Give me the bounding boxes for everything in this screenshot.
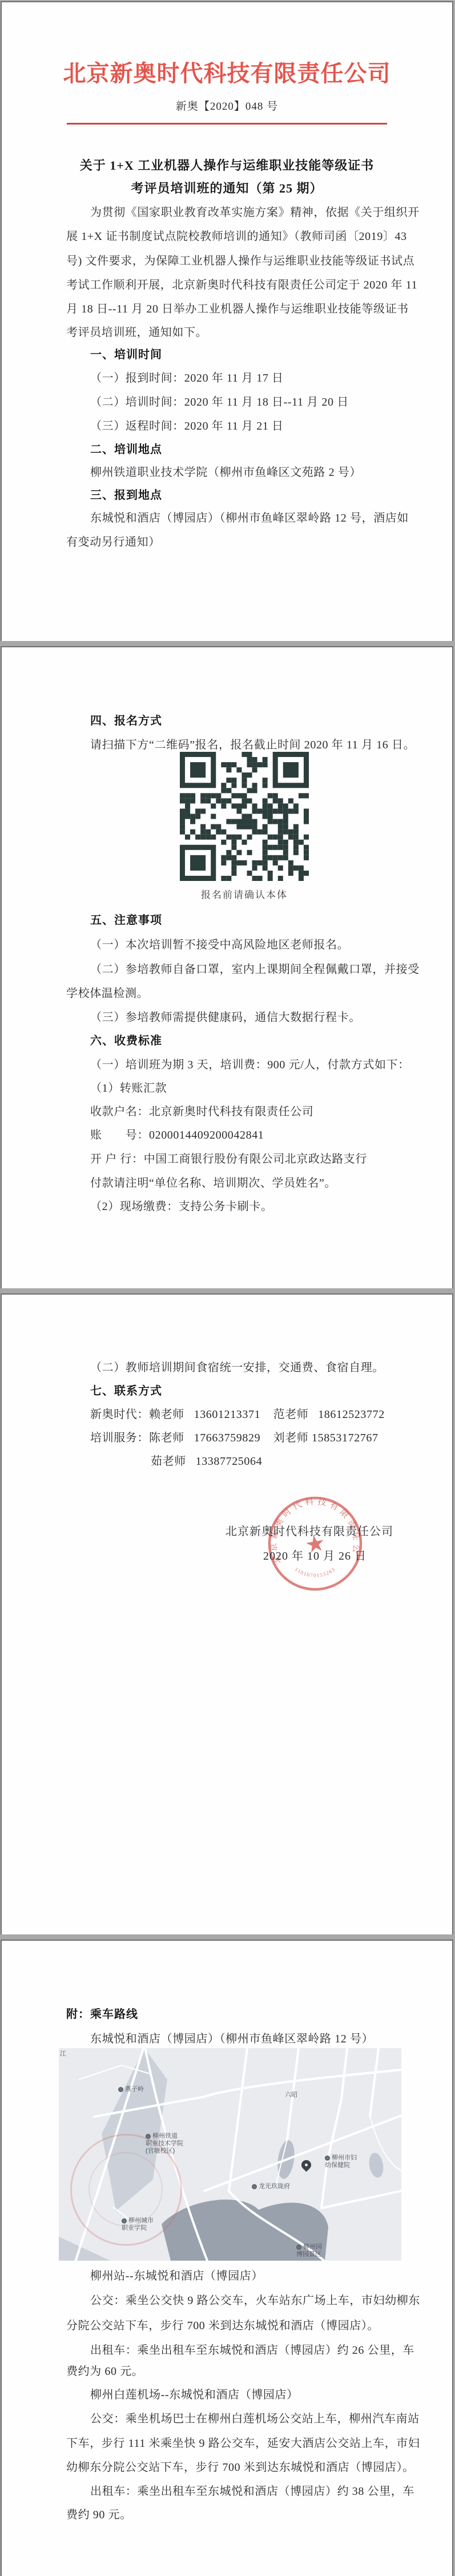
text-line: 费约 90 元。 (66, 2506, 132, 2523)
text-line: 出租车：乘坐出租车至东城悦和酒店（博园店）约 38 公里，车 (66, 2483, 414, 2500)
text-line: 考试工作顺利开展，北京新奥时代科技有限责任公司定于 2020 年 11 (66, 277, 417, 294)
map-label: 六昭 (285, 2092, 297, 2099)
notice-title-line1: 关于 1+X 工业机器人操作与运维职业技能等级证书 (2, 157, 452, 175)
text-line: 付款请注明“单位名称、培训期次、学员姓名”。 (66, 1175, 336, 1192)
route-map: 江燕子岭六昭柳州铁道 职业技术学院 (官塘校区)柳州市妇 幼保健院龙光玖珑府柳州… (59, 2048, 401, 2261)
map-label-text: 柳州铁道 职业技术学院 (官塘校区) (146, 2133, 183, 2154)
map-pin-icon (252, 2184, 257, 2189)
text-line: （三）参培教师需提供健康码，通信大数据行程卡。 (66, 1009, 361, 1026)
map-pin-icon (118, 2087, 123, 2092)
page-2: 报名前请确认本体 四、报名方式请扫描下方“二维码”报名，报名截止时间 2020 … (1, 646, 453, 1291)
map-pin-icon (146, 2134, 151, 2139)
map-label: 燕子岭 (118, 2086, 144, 2093)
map-label: 柳州市妇 幼保健院 (325, 2154, 357, 2169)
text-line: 月 18 日--11 月 20 日举办工业机器人操作与运维职业技能等级证书 (66, 301, 409, 318)
text-line: （一）培训班为期 3 天，培训费：900 元/人，付款方式如下： (66, 1056, 410, 1073)
signature-company: 北京新奥时代科技有限责任公司 (226, 1522, 393, 1539)
text-line: 下车，步行 111 米乘坐快 9 路公交车，延安大酒店公交站上车，市妇 (66, 2435, 420, 2452)
notice-title-line2: 考评员培训班的通知（第 25 期） (2, 179, 452, 198)
scanned-notice-document: 北京新奥时代科技有限责任公司 新奥【2020】048 号 关于 1+X 工业机器… (0, 0, 455, 2576)
map-label: 龙光玖珑府 (252, 2183, 290, 2190)
text-line: 培训服务：陈老师 17663759829 刘老师 15853172767 (66, 1429, 379, 1447)
company-seal: ★ 北京新奥时代科技有限责任公司 1101070153263 (258, 1487, 372, 1600)
seal-bleedthrough-ring-inner (88, 2152, 163, 2226)
text-line: （二）培训时间：2020 年 11 月 18 日--11 月 20 日 (66, 394, 349, 411)
signature-date: 2020 年 10 月 26 日 (263, 1547, 367, 1563)
text-line: 收款户名：北京新奥时代科技有限责任公司 (66, 1103, 313, 1120)
text-line: 号) 文件要求，为保障工业机器人操作与运维职业技能等级证书试点 (66, 253, 414, 270)
page-1: 北京新奥时代科技有限责任公司 新奥【2020】048 号 关于 1+X 工业机器… (1, 1, 453, 643)
text-line: 公交：乘坐公交快 9 路公交车，火车站东广场上车，市妇幼柳东 (66, 2292, 420, 2309)
map-pin-icon (296, 2245, 301, 2250)
section-heading: 一、培训时间 (66, 346, 162, 363)
page-4: 江燕子岭六昭柳州铁道 职业技术学院 (官塘校区)柳州市妇 幼保健院龙光玖珑府柳州… (1, 1940, 453, 2576)
text-line: 分院公交站下车，步行 700 米到达东城悦和酒店（博园店）。 (66, 2317, 379, 2334)
text-line: （2）现场缴费：支持公务卡刷卡。 (66, 1198, 273, 1215)
page-separator (0, 641, 455, 646)
document-number: 新奥【2020】048 号 (2, 98, 452, 113)
text-line: 费约为 60 元。 (66, 2363, 143, 2380)
section-heading: 三、报到地点 (66, 487, 162, 504)
text-line: （1）转账汇款 (66, 1080, 167, 1097)
text-line: 学校体温检测。 (66, 985, 148, 1002)
map-label: 柳州园 博园景区 (296, 2244, 322, 2258)
red-divider-line (67, 123, 387, 125)
text-line: 展 1+X 证书制度试点院校教师培训的通知》（教师司函〔2019〕43 (66, 228, 407, 245)
company-letterhead: 北京新奥时代科技有限责任公司 (2, 61, 452, 87)
section-heading: 四、报名方式 (66, 712, 162, 730)
map-label: 江 (60, 2050, 66, 2058)
map-label-text: 燕子岭 (125, 2086, 144, 2093)
text-line: 柳州站--东城悦和酒店（博园店） (66, 2267, 263, 2285)
map-pin-icon (122, 2218, 127, 2224)
text-line: （一）报到时间：2020 年 11 月 17 日 (66, 370, 284, 387)
map-label: 柳州铁道 职业技术学院 (官塘校区) (146, 2133, 183, 2155)
map-label: 柳州城市 职业学院 (122, 2217, 154, 2232)
text-line: （二）教师培训期间食宿统一安排，交通费、食宿自理。 (66, 1359, 384, 1376)
section-heading: 七、联系方式 (66, 1383, 162, 1400)
text-line: 有变动另行通知） (66, 534, 160, 551)
page-separator (0, 1934, 455, 1940)
text-line: 出租车：乘坐出租车至东城悦和酒店（博园店）约 26 公里，车 (66, 2342, 414, 2359)
text-line: 新奥时代：赖老师 13601213371 范老师 18612523772 (66, 1406, 385, 1423)
map-label-text: 龙光玖珑府 (259, 2183, 290, 2190)
map-label-text: 六昭 (285, 2092, 297, 2098)
text-line: 账 号：0200014409200042841 (66, 1127, 264, 1144)
page-separator (0, 1288, 455, 1293)
text-line: 幼柳东分院公交站下车，步行 700 米到达东城悦和酒店（博园店）。 (66, 2459, 414, 2476)
text-line: 请扫描下方“二维码”报名，报名截止时间 2020 年 11 月 16 日。 (66, 736, 415, 754)
qr-caption: 报名前请确认本体 (162, 887, 327, 901)
text-line: （二）参培教师自备口罩，室内上课期间全程佩戴口罩，并接受 (66, 961, 420, 978)
text-line: 柳州铁道职业技术学院（柳州市鱼峰区文苑路 2 号） (66, 464, 361, 481)
section-heading: 五、注意事项 (66, 912, 162, 929)
text-line: 柳州白莲机场--东城悦和酒店（博园店） (66, 2386, 299, 2403)
map-pin-icon (325, 2156, 330, 2161)
page-3: 北京新奥时代科技有限责任公司 2020 年 10 月 26 日 ★ 北京新奥时代… (1, 1293, 453, 1937)
signup-qr-code (179, 752, 310, 881)
text-line: 东城悦和酒店（博园店）（柳州市鱼峰区翠岭路 12 号） (66, 2030, 373, 2048)
text-line: 开 户 行：中国工商银行股份有限公司北京政达路支行 (66, 1151, 367, 1168)
text-line: （一）本次培训暂不接受中高风险地区老师报名。 (66, 936, 349, 954)
section-heading: 二、培训地点 (66, 441, 162, 458)
text-line: 公交：乘坐机场巴士在柳州白莲机场公交站上车，柳州汽车南站 (66, 2410, 420, 2427)
text-line: （三）返程时间：2020 年 11 月 21 日 (66, 418, 284, 435)
text-line: 考评员培训班，通知如下。 (66, 324, 207, 341)
map-label-text: 江 (60, 2050, 66, 2057)
text-line: 为贯彻《国家职业教育改革实施方案》精神，依据《关于组织开 (66, 204, 420, 221)
section-heading: 附：乘车路线 (66, 2006, 138, 2023)
text-line: 茹老师 13387725064 (151, 1453, 262, 1470)
text-line: 东城悦和酒店（博园店）（柳州市鱼峰区翠岭路 12 号，酒店如 (66, 510, 409, 527)
section-heading: 六、收费标准 (66, 1032, 162, 1049)
